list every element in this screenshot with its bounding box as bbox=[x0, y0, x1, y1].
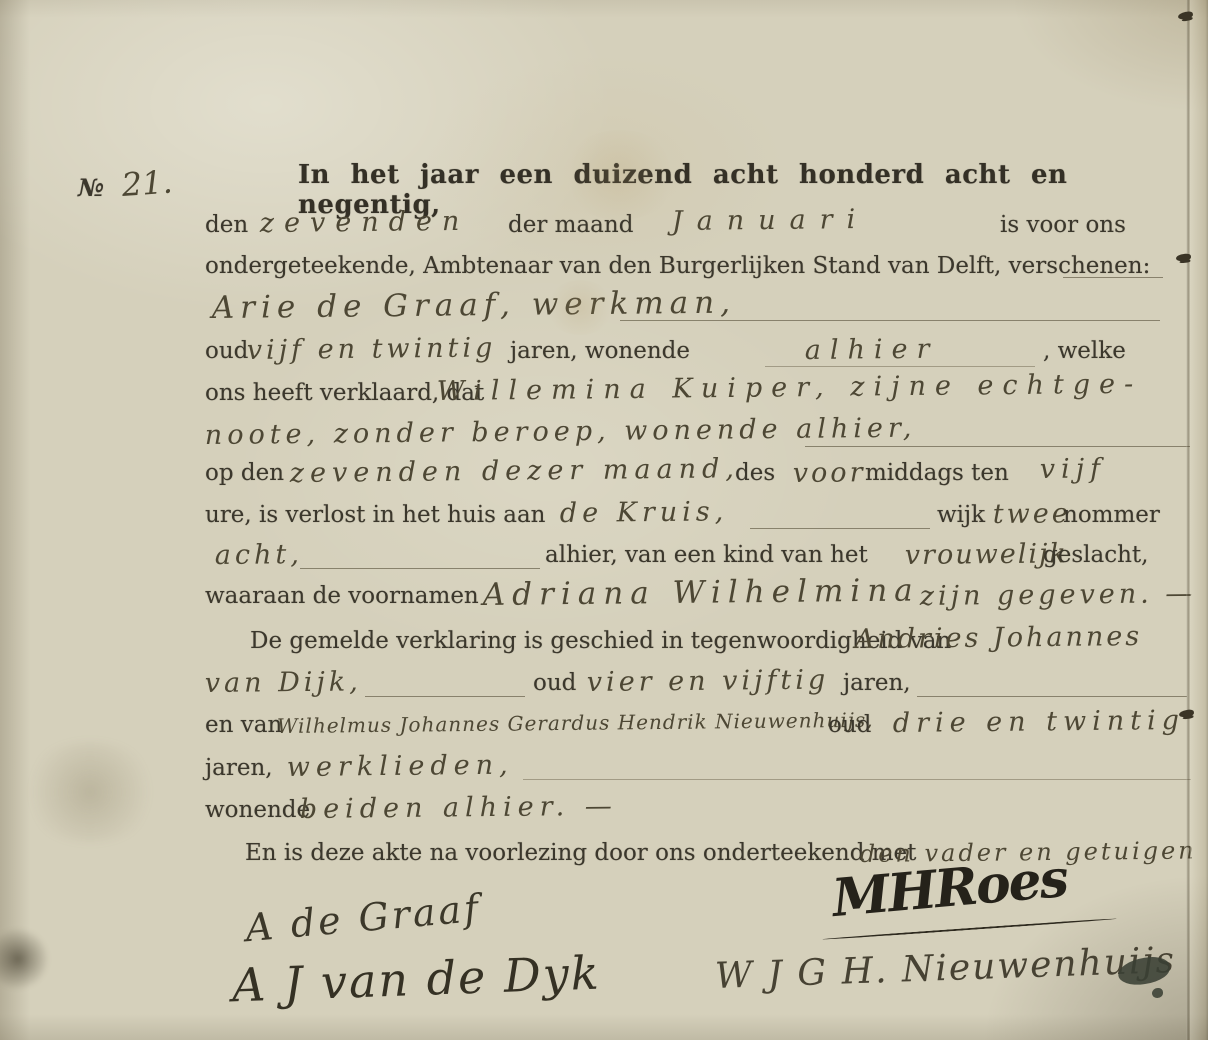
fill-rule bbox=[620, 296, 1160, 321]
ink-smudge bbox=[0, 928, 50, 990]
names-pre-label: waaraan de voornamen bbox=[205, 583, 479, 609]
names-post-value: zijn gegeven. — bbox=[920, 578, 1197, 612]
witness1-oud-label: oud bbox=[533, 670, 576, 696]
age-mid-label: jaren, wonende bbox=[510, 338, 690, 364]
witness2-pre-label: en van bbox=[205, 712, 282, 738]
ink-blot-dot bbox=[1152, 988, 1163, 998]
witness1-jaren-label: jaren, bbox=[843, 670, 911, 696]
street-value: de Kruis, bbox=[560, 496, 729, 529]
house-number-value: acht, bbox=[215, 539, 303, 571]
age-value: vijf en twintig bbox=[247, 332, 497, 366]
mother-name-value: Willemina Kuiper, zijne echtge- bbox=[437, 369, 1143, 407]
residence-value: alhier bbox=[805, 334, 939, 366]
occupation-jaren-label: jaren, bbox=[205, 755, 273, 781]
witness-residence-value: beiden alhier. — bbox=[300, 791, 618, 825]
age-post-label: , welke bbox=[1043, 338, 1126, 364]
witness-intro-label: De gemelde verklaring is geschied in teg… bbox=[250, 628, 951, 654]
witness2-oud-label: oud bbox=[828, 712, 871, 738]
date-month-value: Januari bbox=[672, 204, 870, 237]
birthdate-mid1-label: des bbox=[735, 460, 775, 486]
closing-label: En is deze akte na voorlezing door ons o… bbox=[245, 840, 916, 866]
birthplace-pre-label: ure, is verlost in het huis aan bbox=[205, 502, 545, 528]
paper-stain bbox=[20, 742, 160, 842]
daypart-value: voor bbox=[793, 457, 866, 489]
date-day-value: zevenden bbox=[260, 206, 470, 239]
page-edge bbox=[1190, 0, 1208, 1040]
birthdate-mid2-label: middags ten bbox=[865, 460, 1009, 486]
fill-rule bbox=[1063, 253, 1163, 278]
residence-pre-label: wonende bbox=[205, 797, 310, 823]
geslacht-label: geslacht, bbox=[1043, 542, 1148, 568]
paper-stain bbox=[560, 130, 680, 220]
occupation-value: werklieden, bbox=[287, 750, 514, 783]
date-post-label: is voor ons bbox=[1000, 212, 1126, 238]
witness1-firstnames-value: Andries Johannes bbox=[855, 621, 1143, 655]
signature-witness1: A J van de Dyk bbox=[231, 946, 601, 1013]
act-number-value: 21. bbox=[121, 163, 174, 204]
signature-father: A de Graaf bbox=[244, 886, 483, 950]
fill-rule bbox=[750, 504, 930, 529]
officer-label: ondergeteekende, Ambtenaar van den Burge… bbox=[205, 253, 1150, 279]
witness2-name-value: Wilhelmus Johannes Gerardus Hendrik Nieu… bbox=[277, 708, 874, 738]
fill-rule bbox=[365, 672, 525, 697]
birth-hour-value: vijf bbox=[1040, 453, 1107, 485]
paper-stain bbox=[545, 280, 615, 335]
witness1-age-value: vier en vijftig bbox=[587, 664, 830, 698]
fill-rule bbox=[917, 672, 1187, 697]
age-pre-label: oud bbox=[205, 338, 248, 364]
signature-witness2: W J G H. Nieuwenhuijs bbox=[714, 940, 1176, 997]
witness1-surname-value: van Dijk, bbox=[205, 666, 362, 699]
nommer-label: nommer bbox=[1063, 502, 1160, 528]
fill-rule bbox=[805, 422, 1190, 447]
witness2-age-value: drie en twintig bbox=[893, 705, 1185, 739]
birthdate-pre-label: op den bbox=[205, 460, 284, 486]
birth-certificate-scan: № 21. In het jaar een duizend acht honde… bbox=[0, 0, 1208, 1040]
wijk-label: wijk bbox=[937, 502, 985, 528]
date-pre-label: den bbox=[205, 212, 248, 238]
district-value: twee bbox=[993, 498, 1071, 530]
act-number: № 21. bbox=[78, 166, 174, 204]
birthdate-value: zevenden dezer maand, bbox=[290, 453, 740, 489]
fill-rule bbox=[300, 544, 540, 569]
act-number-label: № bbox=[78, 173, 104, 202]
fill-rule bbox=[523, 755, 1191, 780]
child-names-value: Adriana Wilhelmina bbox=[483, 572, 920, 613]
house-mid-label: alhier, van een kind van het bbox=[545, 542, 868, 568]
